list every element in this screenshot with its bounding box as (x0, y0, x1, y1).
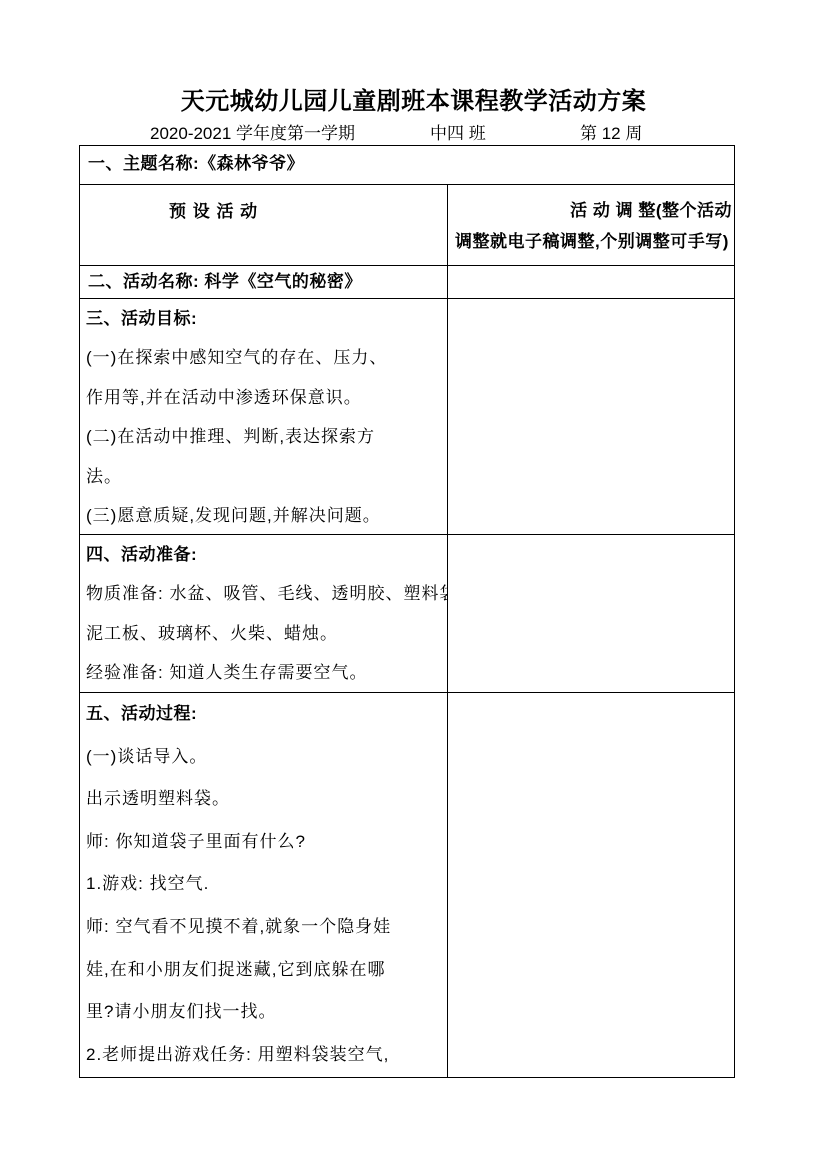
preparation-line: 泥工板、玻璃杯、火柴、蜡烛。 (86, 614, 442, 653)
activity-process-cell: 五、活动过程: (一)谈话导入。 出示透明塑料袋。 师: 你知道袋子里面有什么?… (80, 693, 448, 1077)
adjustment-empty-cell (448, 535, 734, 692)
adjustment-empty-cell (448, 693, 734, 1077)
table-row-goals: 三、活动目标: (一)在探索中感知空气的存在、压力、 作用等,并在活动中渗透环保… (80, 299, 734, 535)
goals-line: (三)愿意质疑,发现问题,并解决问题。 (86, 496, 442, 534)
table-row-column-headers: 预 设 活 动 活 动 调 整(整个活动 调整就电子稿调整,个别调整可手写) (80, 185, 734, 266)
page-title: 天元城幼儿园儿童剧班本课程教学活动方案 (0, 81, 827, 116)
activity-preparation-cell: 四、活动准备: 物质准备: 水盆、吸管、毛线、透明胶、塑料袋、 泥工板、玻璃杯、… (80, 535, 448, 692)
adjustment-header-line2: 调整就电子稿调整,个别调整可手写) (455, 226, 732, 257)
activity-adjustment-header: 活 动 调 整(整个活动 调整就电子稿调整,个别调整可手写) (448, 185, 734, 265)
process-line: 师: 空气看不见摸不着,就象一个隐身娃 (86, 906, 442, 949)
process-heading: 五、活动过程: (86, 693, 442, 736)
process-line: 2.老师提出游戏任务: 用塑料袋装空气, (86, 1034, 442, 1077)
document-page: 天元城幼儿园儿童剧班本课程教学活动方案 2020-2021 学年度第一学期 中四… (0, 0, 827, 1170)
goals-line: (二)在活动中推理、判断,表达探索方 (86, 417, 442, 456)
preparation-line: 经验准备: 知道人类生存需要空气。 (86, 653, 442, 692)
week-number: 第 12 周 (580, 119, 642, 144)
lesson-plan-table: 一、主题名称:《森林爷爷》 预 设 活 动 活 动 调 整(整个活动 调整就电子… (79, 145, 735, 1078)
adjustment-empty-cell (448, 299, 734, 534)
preparation-line: 物质准备: 水盆、吸管、毛线、透明胶、塑料袋、 (86, 574, 442, 613)
process-line: 出示透明塑料袋。 (86, 778, 442, 821)
process-line: 1.游戏: 找空气. (86, 863, 442, 906)
process-line: 里?请小朋友们找一找。 (86, 991, 442, 1034)
table-row-activity-name: 二、活动名称: 科学《空气的秘密》 (80, 266, 734, 299)
activity-goals-cell: 三、活动目标: (一)在探索中感知空气的存在、压力、 作用等,并在活动中渗透环保… (80, 299, 448, 534)
table-row-process: 五、活动过程: (一)谈话导入。 出示透明塑料袋。 师: 你知道袋子里面有什么?… (80, 693, 734, 1077)
table-row-preparation: 四、活动准备: 物质准备: 水盆、吸管、毛线、透明胶、塑料袋、 泥工板、玻璃杯、… (80, 535, 734, 693)
school-term: 2020-2021 学年度第一学期 (150, 119, 355, 144)
preparation-heading: 四、活动准备: (86, 535, 442, 574)
table-row-theme: 一、主题名称:《森林爷爷》 (80, 146, 734, 185)
theme-name-cell: 一、主题名称:《森林爷爷》 (80, 146, 734, 184)
adjustment-header-line1: 活 动 调 整(整个活动 (455, 195, 732, 226)
process-line: 娃,在和小朋友们捉迷藏,它到底躲在哪 (86, 949, 442, 992)
goals-line: 法。 (86, 457, 442, 496)
goals-line: (一)在探索中感知空气的存在、压力、 (86, 338, 442, 377)
activity-name-cell: 二、活动名称: 科学《空气的秘密》 (80, 266, 448, 298)
class-name: 中四 班 (430, 119, 486, 144)
process-line: 师: 你知道袋子里面有什么? (86, 821, 442, 864)
document-subheader: 2020-2021 学年度第一学期 中四 班 第 12 周 (0, 119, 827, 141)
preset-activity-header: 预 设 活 动 (80, 185, 448, 265)
goals-heading: 三、活动目标: (86, 299, 442, 338)
process-line: (一)谈话导入。 (86, 736, 442, 779)
goals-line: 作用等,并在活动中渗透环保意识。 (86, 378, 442, 417)
adjustment-empty-cell (448, 266, 734, 298)
